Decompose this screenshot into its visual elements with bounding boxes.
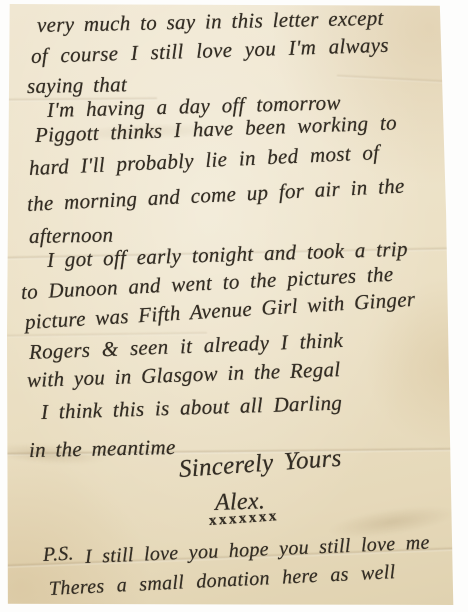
scanned-letter: very much to say in this letter except o…	[0, 0, 468, 612]
letter-line-02: of course I still love you I'm always	[31, 33, 390, 69]
letter-line-01: very much to say in this letter except	[37, 6, 384, 38]
letter-line-08: afternoon	[29, 223, 114, 249]
letter-line-07: the morning and come up for air in the	[26, 174, 405, 217]
paper-crease	[337, 74, 456, 84]
postscript-label: P.S.	[42, 542, 74, 567]
signature-kisses: xxxxxxx	[208, 508, 279, 530]
letter-paper: very much to say in this letter except o…	[7, 4, 456, 605]
letter-line-15: in the meantime	[29, 435, 176, 463]
letter-line-03: saying that	[27, 72, 127, 99]
letter-line-14: I think this is about all Darling	[41, 391, 343, 425]
